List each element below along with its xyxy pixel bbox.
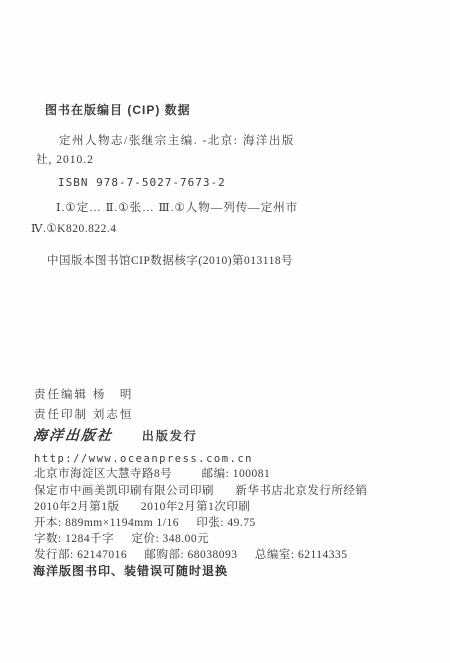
publisher-logo: 海洋出版社 bbox=[32, 429, 114, 444]
copyright-page: 图书在版编目 (CIP) 数据 定州人物志/张继宗主编. -北京: 海洋出版 社… bbox=[0, 0, 450, 663]
distributor-name: 新华书店北京发行所经销 bbox=[235, 485, 367, 497]
print-supervisor-row: 责任印制 刘志恒 bbox=[34, 408, 133, 423]
editor-label: 责任编辑 bbox=[34, 389, 88, 401]
cip-classification-line2: Ⅳ.①K820.822.4 bbox=[31, 222, 116, 237]
editorial-office-phone: 总编室: 62114335 bbox=[255, 549, 348, 561]
price: 定价: 348.00元 bbox=[131, 533, 209, 545]
postcode: 邮编: 100081 bbox=[202, 468, 271, 480]
mail-order-phone: 邮购部: 68038093 bbox=[144, 549, 237, 561]
phone-numbers-row: 发行部: 62147016 邮购部: 68038093 总编室: 6211433… bbox=[34, 548, 348, 563]
publisher-address-row: 北京市海淀区大慧寺路8号 邮编: 100081 bbox=[34, 467, 270, 482]
print-supervisor-name: 刘志恒 bbox=[93, 409, 134, 421]
editor-name: 杨 明 bbox=[93, 389, 134, 401]
printer-distributor-row: 保定市中画美凯印刷有限公司印刷 新华书店北京发行所经销 bbox=[34, 484, 367, 499]
publisher-website: http://www.oceanpress.com.cn bbox=[34, 452, 253, 467]
edition: 2010年2月第1版 bbox=[34, 501, 120, 513]
impression: 2010年2月第1次印刷 bbox=[141, 501, 251, 513]
book-format: 开本: 889mm×1194mm 1/16 bbox=[34, 517, 179, 529]
printer-name: 保定市中画美凯印刷有限公司印刷 bbox=[34, 485, 214, 497]
printed-sheets: 印张: 49.75 bbox=[196, 517, 255, 529]
publisher-address: 北京市海淀区大慧寺路8号 bbox=[34, 468, 172, 480]
cip-title-line2: 社, 2010.2 bbox=[36, 153, 94, 168]
wordcount-price-row: 字数: 1284千字 定价: 348.00元 bbox=[34, 532, 209, 547]
edition-row: 2010年2月第1版 2010年2月第1次印刷 bbox=[34, 500, 250, 515]
cip-record-number: 中国版本图书馆CIP数据核字(2010)第013118号 bbox=[47, 254, 293, 269]
print-supervisor-label: 责任印制 bbox=[34, 409, 88, 421]
format-row: 开本: 889mm×1194mm 1/16 印张: 49.75 bbox=[34, 516, 256, 531]
isbn-number: ISBN 978-7-5027-7673-2 bbox=[58, 175, 226, 190]
return-notice: 海洋版图书印、装错误可随时退换 bbox=[33, 564, 228, 579]
word-count: 字数: 1284千字 bbox=[34, 533, 114, 545]
responsible-editor-row: 责任编辑 杨 明 bbox=[34, 388, 133, 403]
cip-title-line1: 定州人物志/张继宗主编. -北京: 海洋出版 bbox=[59, 134, 295, 149]
publisher-row: 海洋出版社 出版发行 bbox=[33, 429, 198, 445]
publisher-role-label: 出版发行 bbox=[142, 429, 198, 444]
cip-header: 图书在版编目 (CIP) 数据 bbox=[45, 103, 191, 118]
distribution-phone: 发行部: 62147016 bbox=[34, 549, 127, 561]
cip-classification-line1: Ⅰ.①定… Ⅱ.①张… Ⅲ.①人物—列传—定州市 bbox=[56, 201, 298, 216]
